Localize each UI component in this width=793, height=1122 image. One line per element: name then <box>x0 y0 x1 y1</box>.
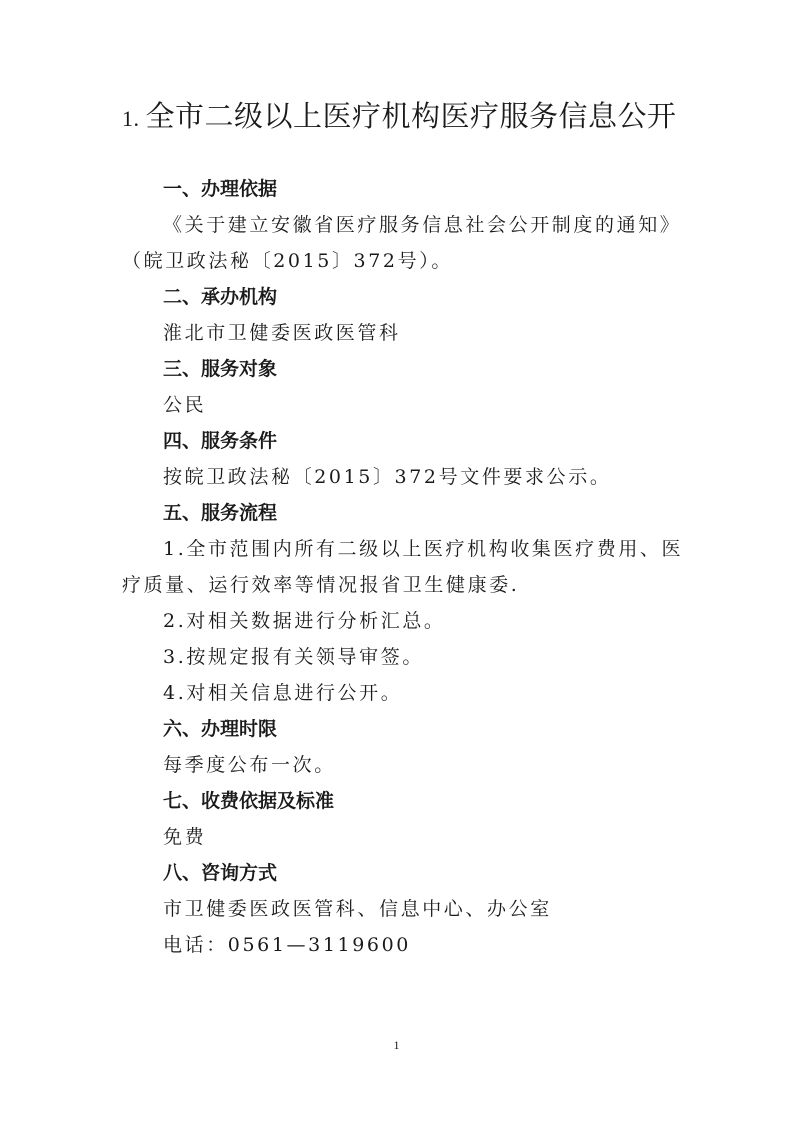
section-text: 市卫健委医政医管科、信息中心、办公室 <box>163 894 552 924</box>
section-text: 4.对相关信息进行公开。 <box>163 678 402 708</box>
section-heading-target: 三、服务对象 <box>163 354 277 384</box>
section-text: （皖卫政法秘〔2015〕372号）。 <box>122 246 453 276</box>
section-text: 疗质量、运行效率等情况报省卫生健康委. <box>122 570 519 600</box>
section-text: 每季度公布一次。 <box>163 750 336 780</box>
section-heading-basis: 一、办理依据 <box>163 174 277 204</box>
section-heading-contact: 八、咨询方式 <box>163 858 277 888</box>
section-heading-process: 五、服务流程 <box>163 498 277 528</box>
section-heading-time-limit: 六、办理时限 <box>163 714 277 744</box>
section-text: 按皖卫政法秘〔2015〕372号文件要求公示。 <box>163 462 611 492</box>
section-text: 免费 <box>163 822 206 852</box>
section-text: 《关于建立安徽省医疗服务信息社会公开制度的通知》 <box>163 210 681 240</box>
section-text: 1.全市范围内所有二级以上医疗机构收集医疗费用、医 <box>163 534 683 564</box>
section-heading-conditions: 四、服务条件 <box>163 426 277 456</box>
section-heading-fees: 七、收费依据及标准 <box>163 786 334 816</box>
page-number: 1 <box>0 1038 793 1053</box>
section-heading-organizer: 二、承办机构 <box>163 282 277 312</box>
section-text: 3.按规定报有关领导审签。 <box>163 642 424 672</box>
title-text: 全市二级以上医疗机构医疗服务信息公开 <box>146 99 677 133</box>
page-title: 1.全市二级以上医疗机构医疗服务信息公开 <box>122 96 773 139</box>
section-text: 公民 <box>163 390 206 420</box>
title-number: 1. <box>122 106 140 131</box>
section-text: 2.对相关数据进行分析汇总。 <box>163 606 446 636</box>
contact-phone: 电话：0561—3119600 <box>163 930 411 960</box>
section-text: 淮北市卫健委医政医管科 <box>163 318 401 348</box>
